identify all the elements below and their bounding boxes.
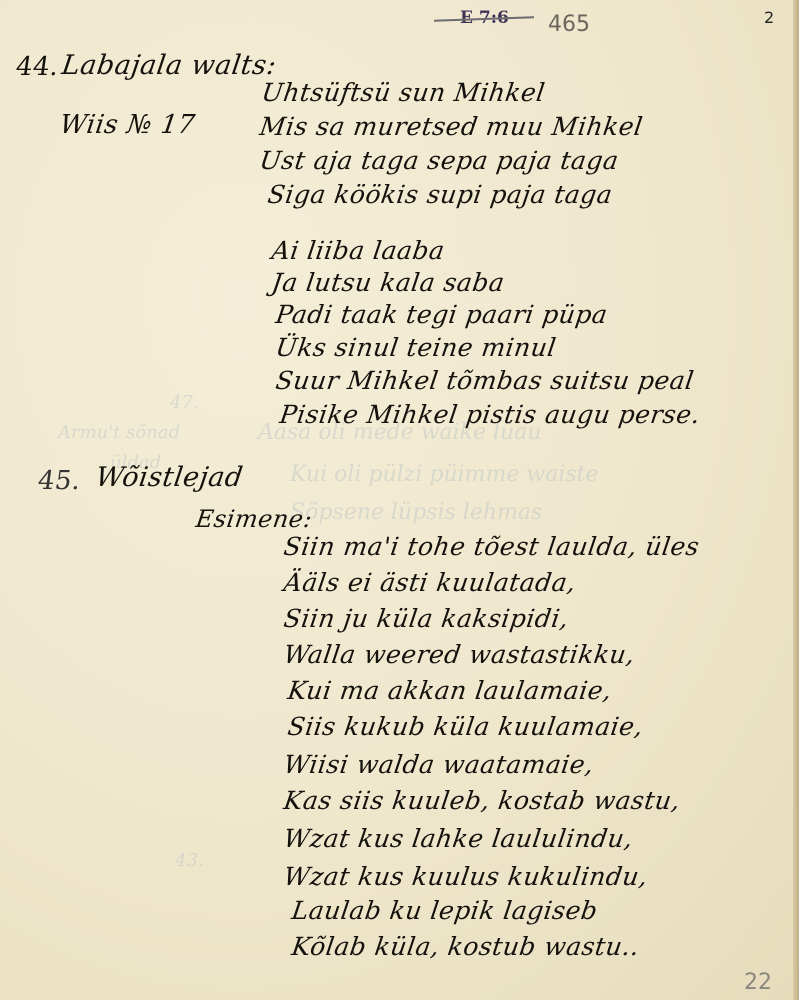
verse-line: Walla weered wastastikku, xyxy=(282,640,637,669)
melody-note: Wiis № 17 xyxy=(58,110,197,140)
verse-line: Pisike Mihkel pistis augu perse. xyxy=(278,400,702,429)
bleed-through-text: 43. xyxy=(175,850,204,871)
paper-edge xyxy=(793,0,799,1000)
section-subtitle: Esimene: xyxy=(194,505,314,533)
verse-line: Ust aja taga sepa paja taga xyxy=(258,146,621,175)
manuscript-page: 47. Armu't sõnad üldad Aasa oli mede wai… xyxy=(0,0,799,1000)
verse-line: Siga köökis supi paja taga xyxy=(266,180,614,209)
verse-line: Mis sa muretsed muu Mihkel xyxy=(258,112,645,141)
bleed-through-text: Armu't sõnad xyxy=(58,422,180,443)
song-number: 45. xyxy=(36,466,83,496)
verse-line: Wzat kus lahke laululindu, xyxy=(282,824,635,853)
verse-line: Kui ma akkan laulamaie, xyxy=(286,676,614,705)
song-number: 44. xyxy=(14,52,61,82)
verse-line: Ääls ei ästi kuulatada, xyxy=(282,568,578,597)
verse-line: Ai liiba laaba xyxy=(270,236,447,265)
verse-line: Siis kukub küla kuulamaie, xyxy=(286,712,645,741)
bleed-through-text: Kui oli pülzi püimme waiste xyxy=(290,462,599,487)
verse-line: Kõlab küla, kostub wastu.. xyxy=(290,932,641,961)
verse-line: Ja lutsu kala saba xyxy=(270,268,507,297)
verse-line: Laulab ku lepik lagiseb xyxy=(290,896,600,925)
bleed-through-text: 47. xyxy=(170,392,199,413)
verse-line: Wzat kus kuulus kukulindu, xyxy=(282,862,650,891)
verse-line: Uhtsüftsü sun Mihkel xyxy=(260,78,547,107)
song-title: Wõistlejad xyxy=(94,462,245,493)
verse-line: Üks sinul teine minul xyxy=(274,333,558,362)
verse-line: Suur Mihkel tõmbas suitsu peal xyxy=(274,366,696,395)
song-title: Labajala walts: xyxy=(60,50,279,81)
bleed-through-text: Sõpsene lüpsis lehmas xyxy=(290,500,542,525)
pencil-catalog-number: 465 xyxy=(548,12,590,37)
verse-line: Siin ju küla kaksipidi, xyxy=(282,604,571,633)
verse-line: Kas siis kuuleb, kostab wastu, xyxy=(282,786,682,815)
verse-line: Wiisi walda waatamaie, xyxy=(282,750,596,779)
page-number-top: 2 xyxy=(764,8,774,27)
verse-line: Padi taak tegi paari püpa xyxy=(274,300,610,329)
page-number-bottom: 22 xyxy=(744,970,772,995)
verse-line: Siin ma'i tohe tõest laulda, üles xyxy=(282,532,701,561)
